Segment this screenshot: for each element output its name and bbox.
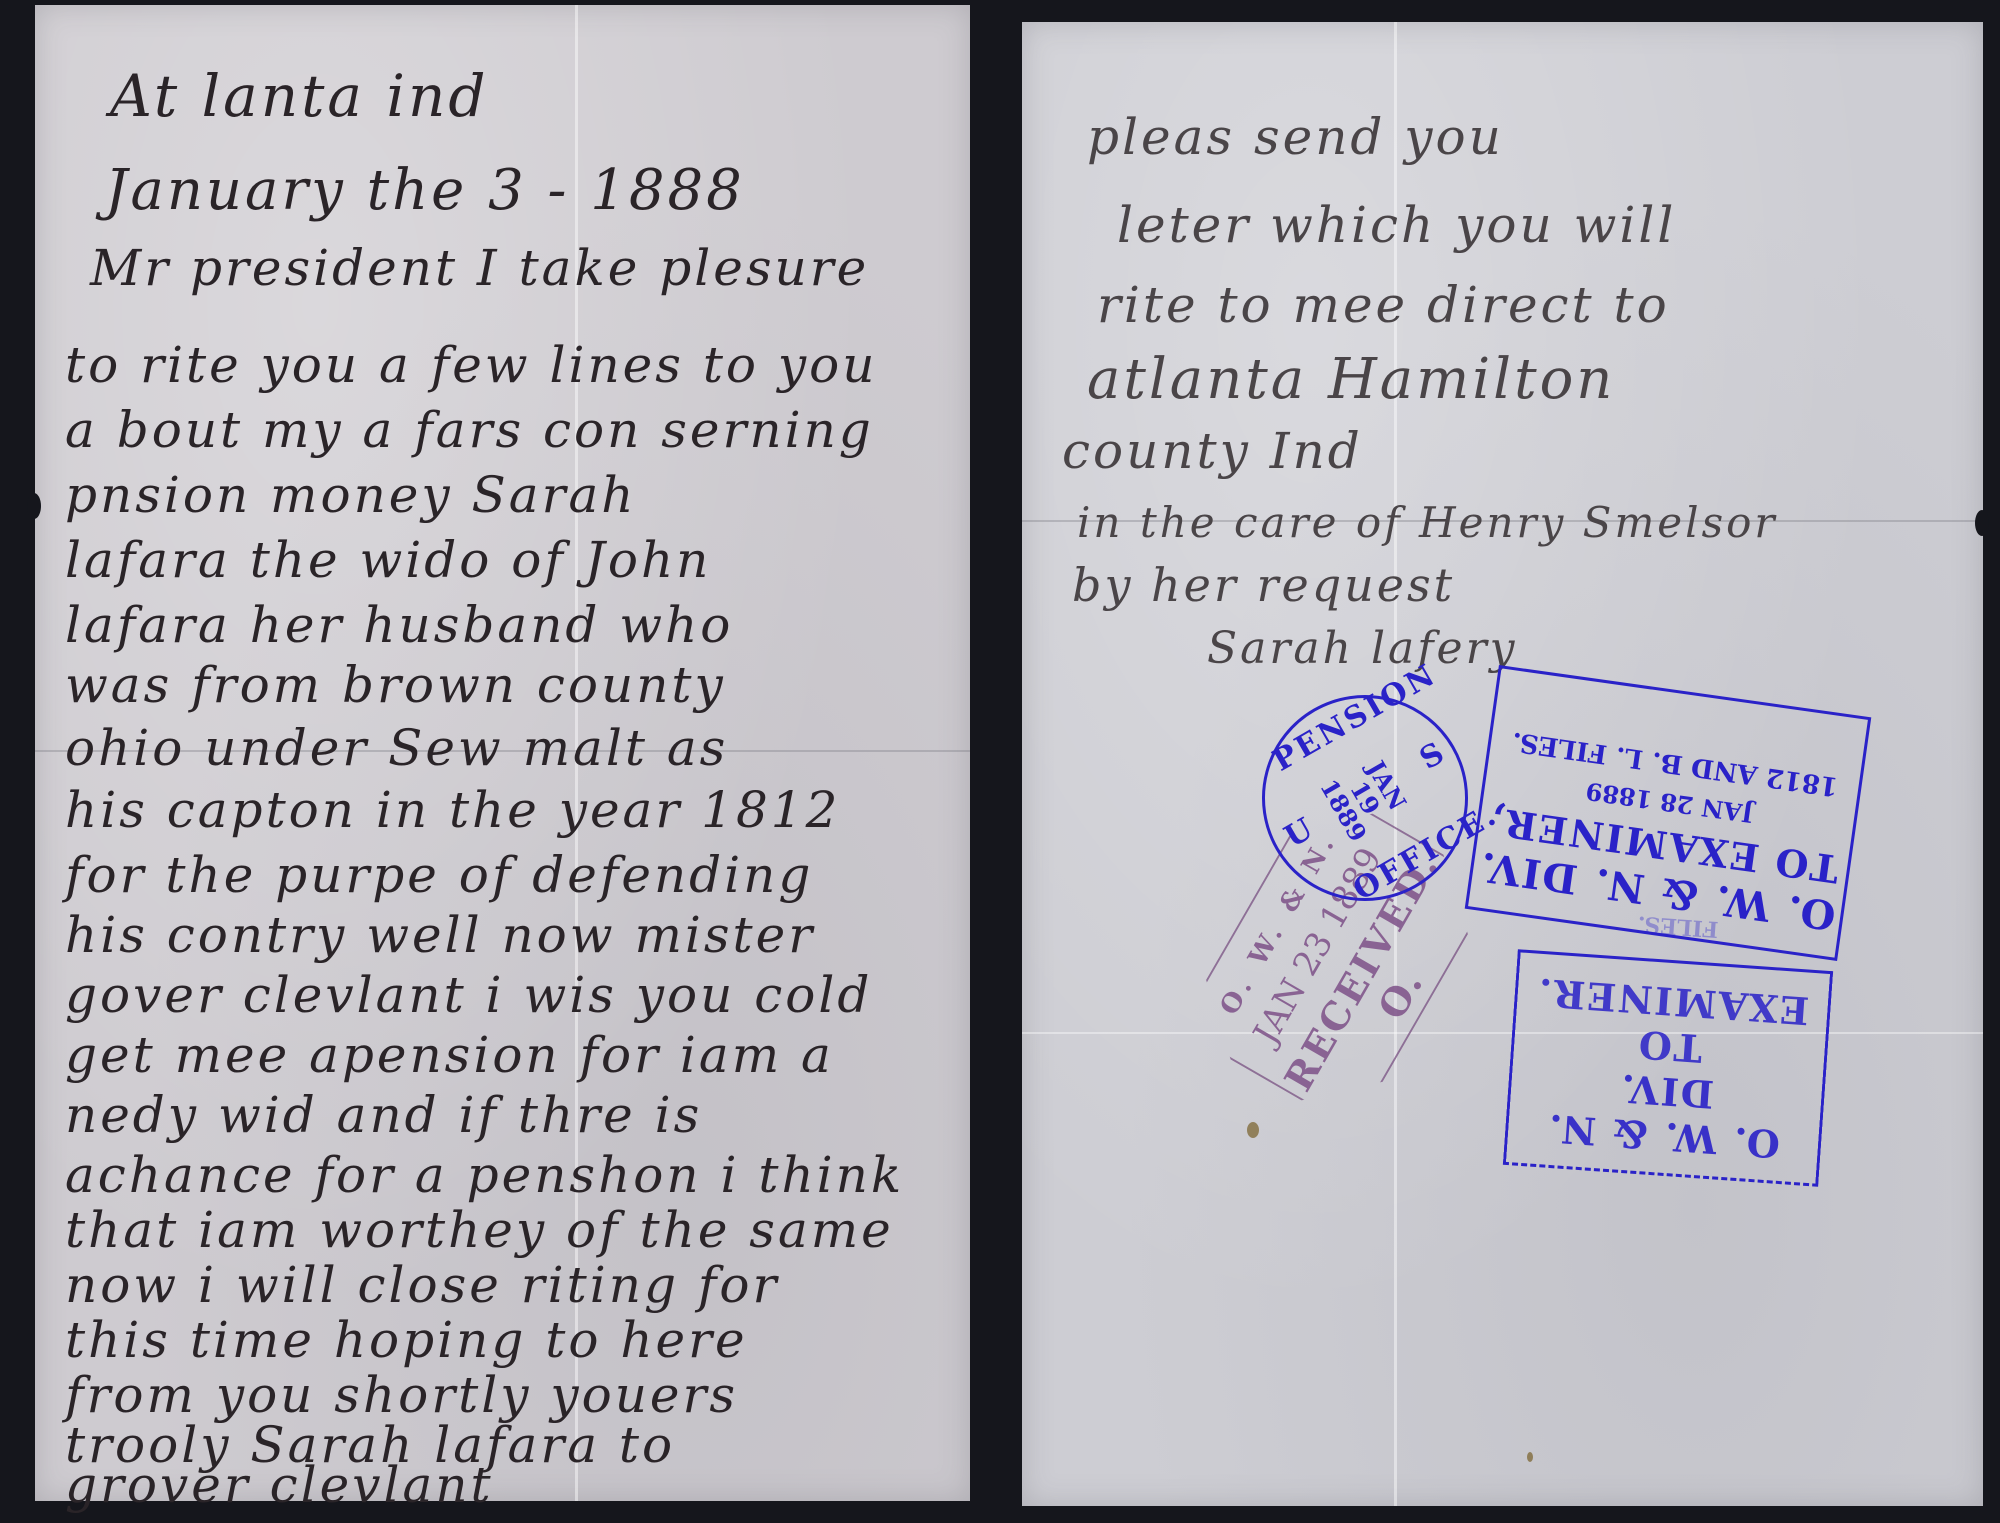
letter-line: his contry well now mister [65, 910, 815, 960]
ink-stain [1247, 1122, 1259, 1138]
letter-line: in the care of Henry Smelsor [1077, 502, 1778, 544]
letter-line: a bout my a fars con serning [65, 405, 874, 455]
pension-stamp-left: U [1279, 810, 1322, 855]
letter-line: for the purpe of defending [65, 850, 813, 900]
letter-line: nedy wid and if thre is [65, 1090, 702, 1140]
letter-line: from you shortly youers [65, 1370, 738, 1420]
pension-stamp-right: S [1414, 734, 1453, 777]
letter-line: get mee apension for iam a [65, 1030, 834, 1080]
letter-line: lafara the wido of John [65, 535, 711, 585]
letter-line: Mr president I take plesure [90, 243, 869, 293]
letter-line: pleas send you [1087, 112, 1504, 162]
letter-line: achance for a penshon i think [65, 1150, 904, 1200]
page-notch [27, 493, 41, 519]
letter-place: At lanta ind [110, 67, 488, 125]
letter-line: was from brown county [65, 660, 726, 710]
pension-stamp-date: JAN 19 1889 [1316, 750, 1415, 846]
letter-signature: Sarah lafery [1207, 627, 1517, 671]
letter-line: by her request [1072, 562, 1455, 608]
ink-stain [1527, 1452, 1533, 1462]
letter-line: now i will close riting for [65, 1260, 779, 1310]
letter-line: leter which you will [1117, 200, 1676, 250]
letter-line: lafara her husband who [65, 600, 733, 650]
fold-line [1022, 1032, 1983, 1034]
examiner-stamp-faded: O. W. & N. DIV. TO EXAMINER. FILES. [1503, 949, 1833, 1187]
letter-line: that iam worthey of the same [65, 1205, 894, 1255]
letter-line: county Ind [1062, 426, 1363, 476]
letter-line: atlanta Hamilton [1087, 352, 1615, 408]
letter-line: gover clevlant i wis you cold [65, 970, 872, 1020]
letter-line: ohio under Sew malt as [65, 723, 728, 773]
letter-line: this time hoping to here [65, 1315, 748, 1365]
letter-line: rite to mee direct to [1097, 280, 1670, 330]
letter-line: to rite you a few lines to you [65, 340, 877, 390]
letter-line: pnsion money Sarah [65, 470, 636, 520]
letter-date: January the 3 - 1888 [105, 163, 745, 219]
letter-page-front: At lanta ind January the 3 - 1888 Mr pre… [35, 5, 970, 1501]
page-notch [1975, 510, 1989, 536]
letter-addressee: grover clevlant [65, 1460, 494, 1510]
letter-line: his capton in the year 1812 [65, 785, 840, 835]
